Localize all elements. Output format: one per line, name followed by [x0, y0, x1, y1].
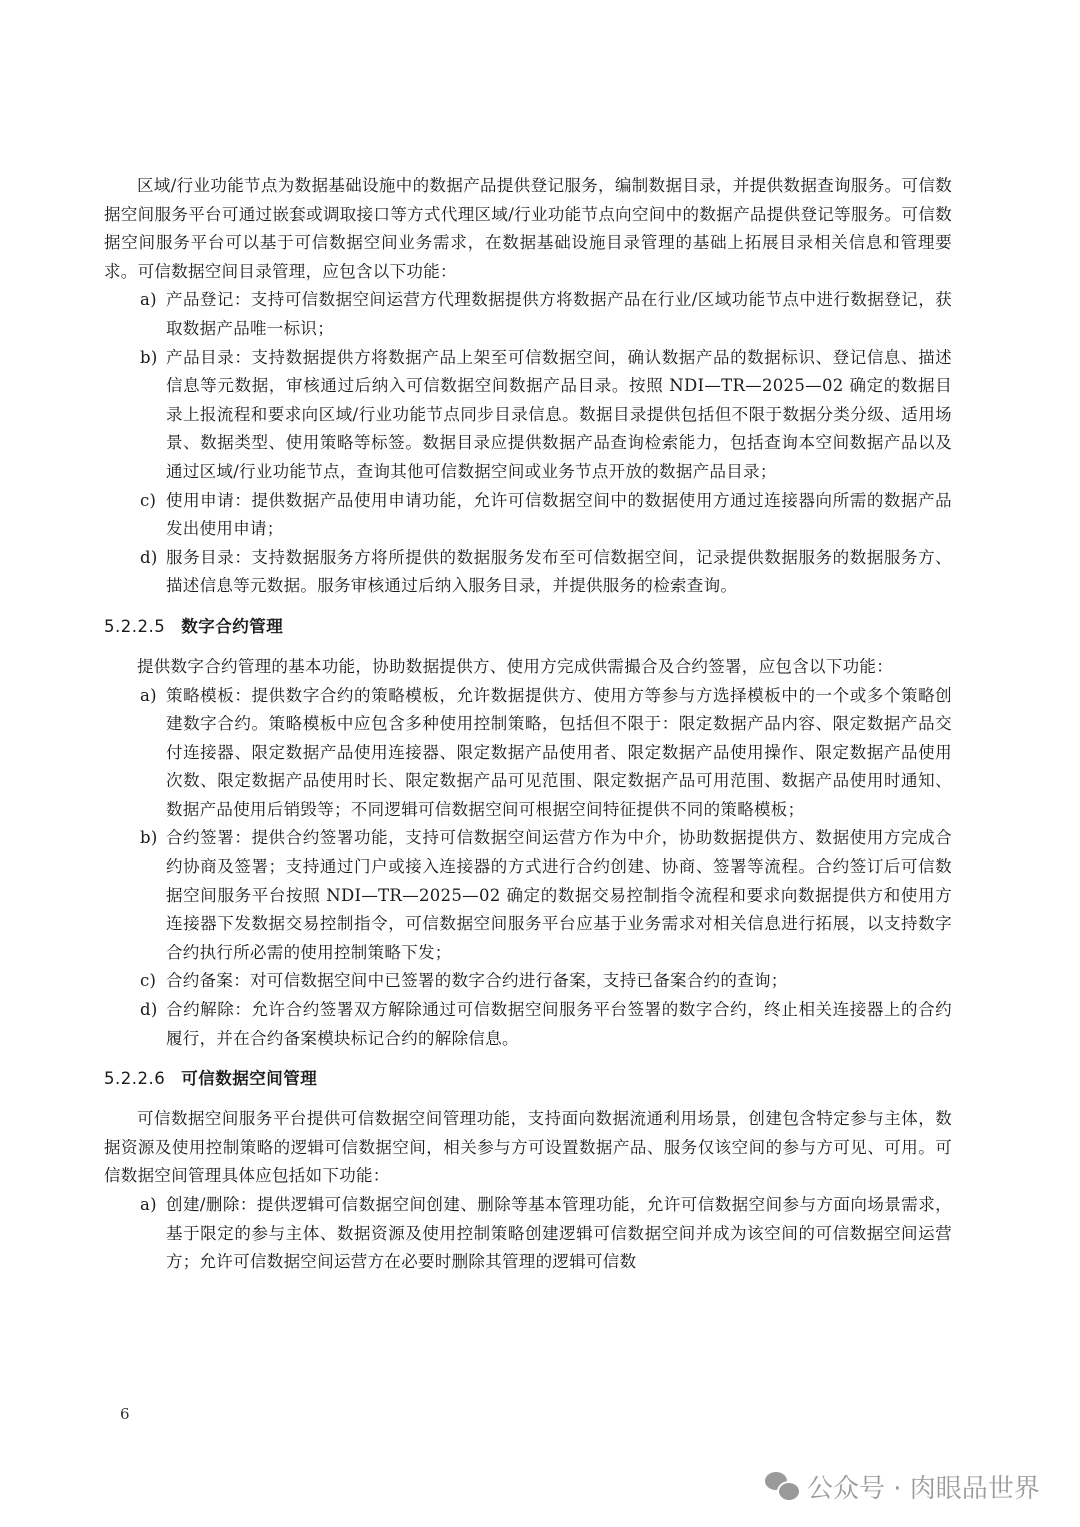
- section-title: 可信数据空间管理: [181, 1069, 317, 1088]
- space-management-list: a)创建/删除：提供逻辑可信数据空间创建、删除等基本管理功能，允许可信数据空间参…: [104, 1191, 952, 1277]
- section-paragraph: 可信数据空间服务平台提供可信数据空间管理功能，支持面向数据流通利用场景，创建包含…: [104, 1105, 952, 1191]
- item-text: 使用申请：提供数据产品使用申请功能，允许可信数据空间中的数据使用方通过连接器向所…: [166, 491, 952, 539]
- item-marker: c): [140, 487, 156, 516]
- section-number: 5.2.2.5: [104, 617, 165, 636]
- page-content: 区域/行业功能节点为数据基础设施中的数据产品提供登记服务，编制数据目录，并提供数…: [104, 172, 952, 1277]
- item-marker: d): [140, 544, 158, 573]
- section-number: 5.2.2.6: [104, 1069, 165, 1088]
- list-item: d)服务目录：支持数据服务方将所提供的数据服务发布至可信数据空间，记录提供数据服…: [104, 544, 952, 601]
- item-marker: d): [140, 996, 158, 1025]
- item-text: 产品登记：支持可信数据空间运营方代理数据提供方将数据产品在行业/区域功能节点中进…: [166, 290, 952, 338]
- item-text: 服务目录：支持数据服务方将所提供的数据服务发布至可信数据空间，记录提供数据服务的…: [166, 548, 952, 596]
- watermark-text: 公众号 · 肉眼品世界: [807, 1468, 1040, 1505]
- item-text: 产品目录：支持数据提供方将数据产品上架至可信数据空间，确认数据产品的数据标识、登…: [166, 348, 952, 481]
- section-title: 数字合约管理: [181, 617, 283, 636]
- item-text: 合约解除：允许合约签署双方解除通过可信数据空间服务平台签署的数字合约，终止相关连…: [166, 1000, 952, 1048]
- watermark: 公众号 · 肉眼品世界: [765, 1468, 1040, 1505]
- item-text: 合约签署：提供合约签署功能，支持可信数据空间运营方作为中介，协助数据提供方、数据…: [166, 828, 952, 961]
- item-marker: a): [140, 286, 157, 315]
- item-marker: c): [140, 967, 156, 996]
- page-number: 6: [120, 1405, 130, 1423]
- intro-paragraph: 区域/行业功能节点为数据基础设施中的数据产品提供登记服务，编制数据目录，并提供数…: [104, 172, 952, 286]
- wechat-icon: [765, 1472, 799, 1502]
- item-marker: b): [140, 824, 158, 853]
- contract-list: a)策略模板：提供数字合约的策略模板，允许数据提供方、使用方等参与方选择模板中的…: [104, 682, 952, 1054]
- list-item: c)合约备案：对可信数据空间中已签署的数字合约进行备案，支持已备案合约的查询；: [104, 967, 952, 996]
- item-marker: a): [140, 682, 157, 711]
- list-item: a)策略模板：提供数字合约的策略模板，允许数据提供方、使用方等参与方选择模板中的…: [104, 682, 952, 825]
- section-heading-5225: 5.2.2.5数字合约管理: [104, 613, 952, 641]
- section-heading-5226: 5.2.2.6可信数据空间管理: [104, 1065, 952, 1093]
- list-item: c)使用申请：提供数据产品使用申请功能，允许可信数据空间中的数据使用方通过连接器…: [104, 487, 952, 544]
- item-text: 创建/删除：提供逻辑可信数据空间创建、删除等基本管理功能，允许可信数据空间参与方…: [166, 1195, 952, 1271]
- item-marker: a): [140, 1191, 157, 1220]
- list-item: a)产品登记：支持可信数据空间运营方代理数据提供方将数据产品在行业/区域功能节点…: [104, 286, 952, 343]
- list-item: b)合约签署：提供合约签署功能，支持可信数据空间运营方作为中介，协助数据提供方、…: [104, 824, 952, 967]
- item-text: 策略模板：提供数字合约的策略模板，允许数据提供方、使用方等参与方选择模板中的一个…: [166, 686, 952, 819]
- item-marker: b): [140, 344, 158, 373]
- list-item: a)创建/删除：提供逻辑可信数据空间创建、删除等基本管理功能，允许可信数据空间参…: [104, 1191, 952, 1277]
- item-text: 合约备案：对可信数据空间中已签署的数字合约进行备案，支持已备案合约的查询；: [166, 971, 788, 990]
- catalog-list: a)产品登记：支持可信数据空间运营方代理数据提供方将数据产品在行业/区域功能节点…: [104, 286, 952, 601]
- document-page: 区域/行业功能节点为数据基础设施中的数据产品提供登记服务，编制数据目录，并提供数…: [0, 0, 1080, 1527]
- list-item: d)合约解除：允许合约签署双方解除通过可信数据空间服务平台签署的数字合约，终止相…: [104, 996, 952, 1053]
- section-paragraph: 提供数字合约管理的基本功能，协助数据提供方、使用方完成供需撮合及合约签署，应包含…: [104, 653, 952, 682]
- list-item: b)产品目录：支持数据提供方将数据产品上架至可信数据空间，确认数据产品的数据标识…: [104, 344, 952, 487]
